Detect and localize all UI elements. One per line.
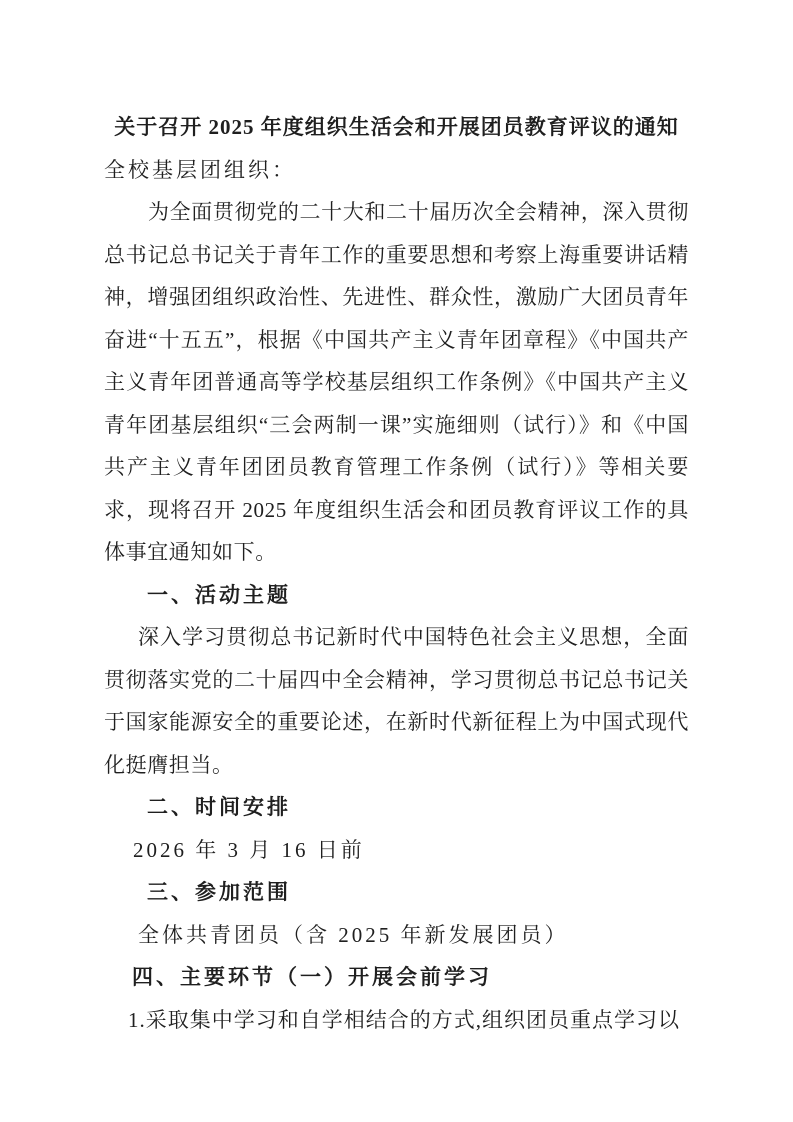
document-title: 关于召开 2025 年度组织生活会和开展团员教育评议的通知 bbox=[104, 106, 689, 149]
section-4-body: 1.采取集中学习和自学相结合的方式,组织团员重点学习以 bbox=[104, 999, 689, 1042]
section-1-heading: 一、活动主题 bbox=[104, 574, 689, 617]
section-2-heading: 二、时间安排 bbox=[104, 786, 689, 829]
section-4-heading: 四、主要环节（一）开展会前学习 bbox=[104, 956, 689, 999]
section-2-body: 2026 年 3 月 16 日前 bbox=[104, 829, 689, 872]
intro-paragraph: 为全面贯彻党的二十大和二十届历次全会精神，深入贯彻总书记总书记关于青年工作的重要… bbox=[104, 191, 689, 574]
section-3-heading: 三、参加范围 bbox=[104, 871, 689, 914]
section-3-body: 全体共青团员（含 2025 年新发展团员） bbox=[104, 914, 689, 957]
document-page: 关于召开 2025 年度组织生活会和开展团员教育评议的通知 全校基层团组织： 为… bbox=[0, 0, 793, 1122]
section-1-body: 深入学习贯彻总书记新时代中国特色社会主义思想，全面贯彻落实党的二十届四中全会精神… bbox=[104, 616, 689, 786]
salutation-line: 全校基层团组织： bbox=[104, 149, 689, 192]
